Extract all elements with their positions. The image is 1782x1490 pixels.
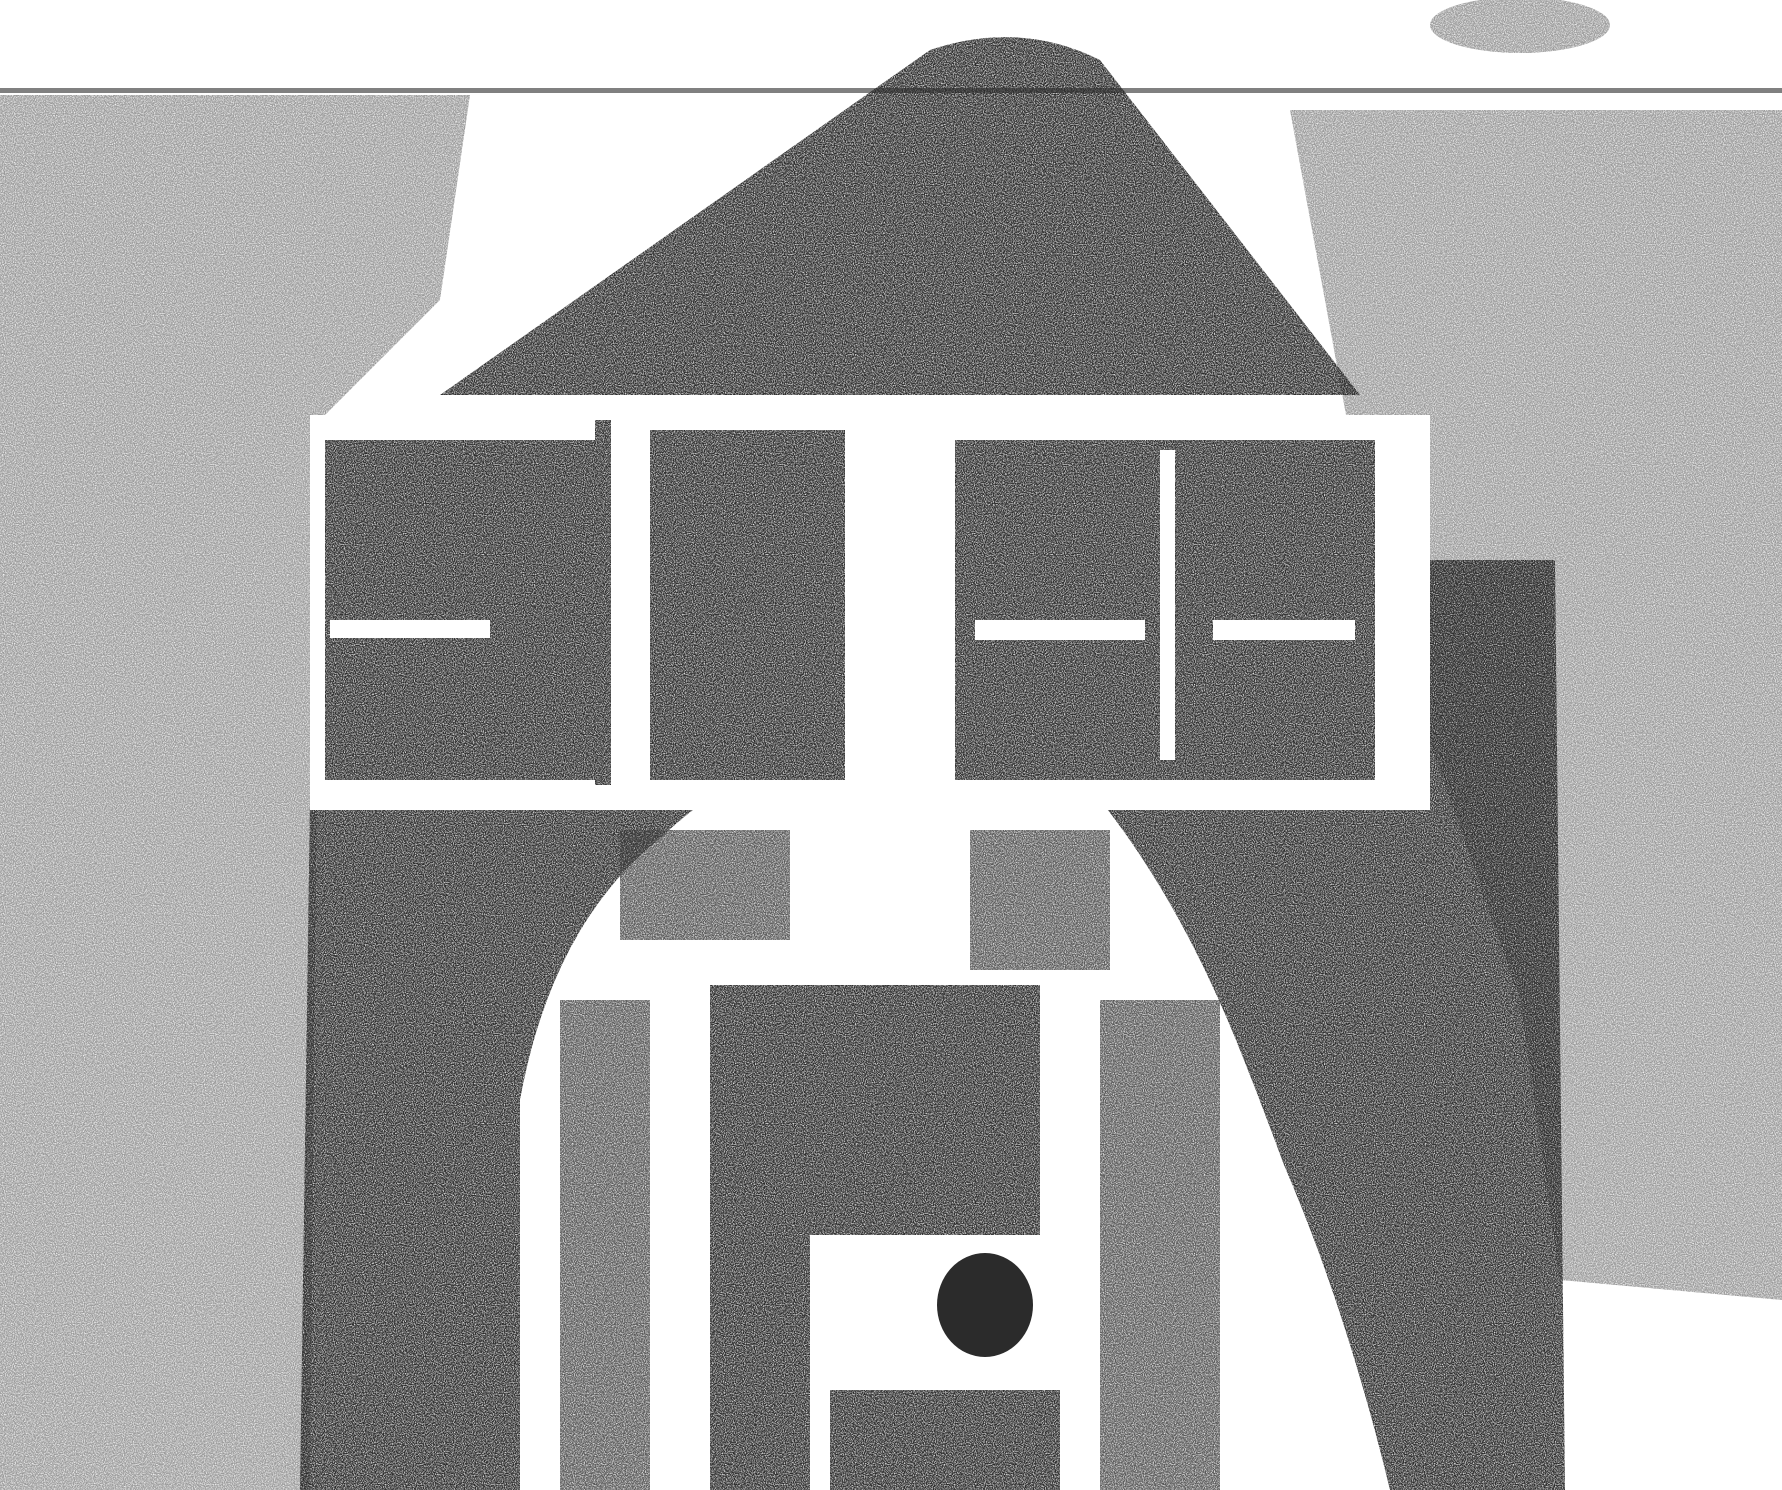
left-window <box>325 420 845 785</box>
right-window <box>955 440 1375 780</box>
house-print-artwork <box>0 0 1782 1490</box>
door-knob <box>937 1253 1033 1357</box>
